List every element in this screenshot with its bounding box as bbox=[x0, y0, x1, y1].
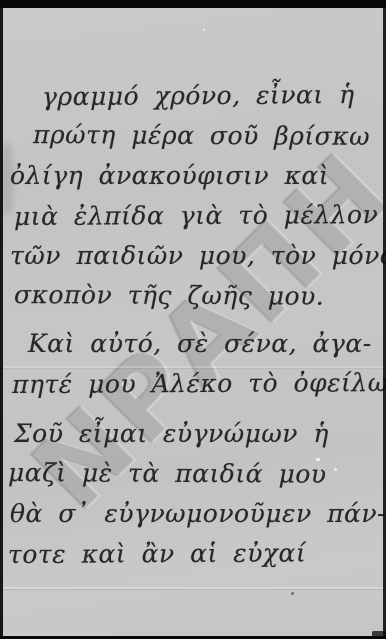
handwriting-line-1: γραμμό χρόνο, εἶναι ἡ bbox=[42, 75, 386, 117]
fold-crease-lower bbox=[3, 587, 383, 589]
handwriting-line-3: ὀλίγη ἀνακούφισιν καὶ bbox=[10, 156, 386, 196]
paper-speck bbox=[291, 592, 294, 595]
handwriting-line-6: σκοπὸν τῆς ζωῆς μου. bbox=[14, 275, 386, 317]
handwriting-line-5: τῶν παιδιῶν μου, τὸν μόνον bbox=[10, 236, 386, 276]
handwriting-line-8: πητέ μου Ἀλέκο τὸ ὀφείλω. bbox=[12, 363, 386, 405]
handwriting-line-7: Καὶ αὐτό, σὲ σένα, ἀγα- bbox=[28, 324, 386, 364]
scan-corner-patch bbox=[372, 631, 386, 639]
paper-speck bbox=[203, 29, 205, 31]
scan-border-top bbox=[0, 0, 386, 8]
handwriting-line-10: μαζὶ μὲ τὰ παιδιά μου bbox=[8, 453, 386, 495]
handwriting-line-4: μιὰ ἐλπίδα γιὰ τὸ μέλλον bbox=[14, 195, 386, 237]
scan-border-left bbox=[0, 0, 3, 639]
handwritten-text-block: γραμμό χρόνο, εἶναι ἡ πρώτη μέρα σοῦ βρί… bbox=[0, 76, 386, 574]
handwriting-line-9: Σοῦ εἶμαι εὐγνώμων ἡ bbox=[14, 414, 386, 454]
handwriting-line-2: πρώτη μέρα σοῦ βρίσκω bbox=[33, 115, 386, 157]
scanned-letter-page: ΝΡΑΠΗ γραμμό χρόνο, εἶναι ἡ πρώτη μέρα σ… bbox=[0, 0, 386, 639]
handwriting-line-12: τοτε καὶ ἂν αἱ εὐχαί bbox=[8, 533, 386, 575]
handwriting-line-11: θὰ σ᾿ εὐγνωμονοῦμεν πάν- bbox=[10, 494, 386, 534]
